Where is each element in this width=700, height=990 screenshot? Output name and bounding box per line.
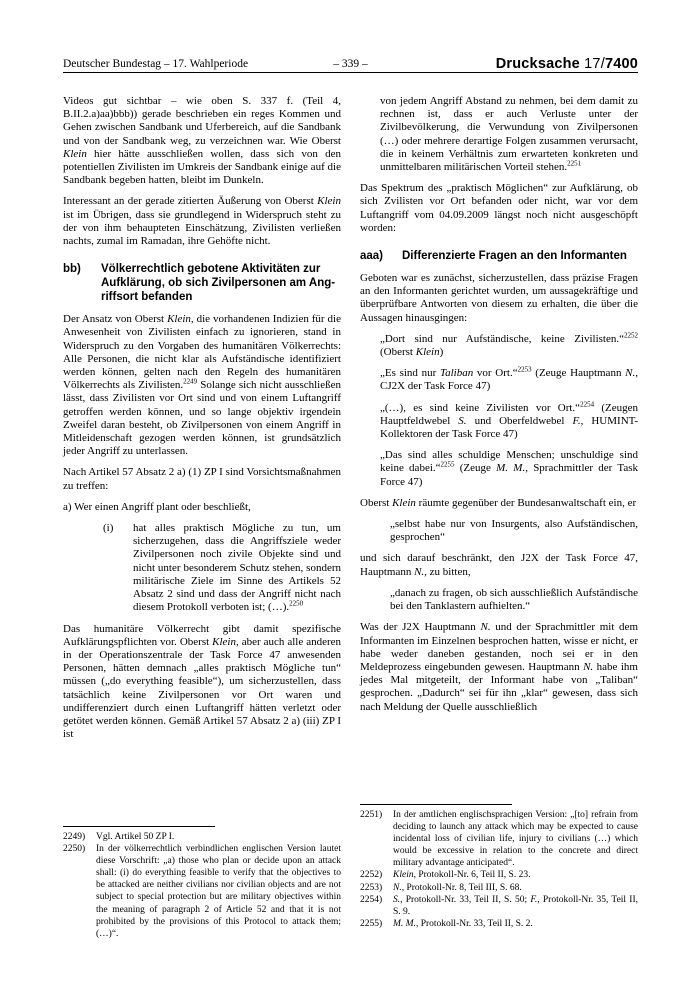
section-heading-label: aaa) [360,249,402,263]
footnote: 2251) In der amtlichen englischsprachige… [360,809,638,869]
list-item-text: hat alles praktisch Mögliche zu tun, um … [133,522,341,614]
paragraph: Was der J2X Hauptmann N. und der Sprachm… [360,621,638,713]
footnote-label: 2255) [360,918,393,930]
footnote: 2254) S., Protokoll-Nr. 33, Teil II, S. … [360,894,638,918]
block-quote: „(…), es sind keine Zivilisten vor Ort.“… [380,402,638,442]
paragraph: Das Spektrum des „praktisch Möglichen“ z… [360,182,638,235]
document-page: Deutscher Bundestag – 17. Wahlperiode – … [0,0,700,990]
block-quote: „Das sind alles schuldige Menschen; unsc… [380,449,638,489]
block-quote: „danach zu fragen, ob sich ausschließlic… [390,587,638,613]
footnote-text: In der amtlichen englischsprachigen Vers… [393,809,638,869]
list-item-label: (i) [103,522,133,614]
footnote-text: S., Protokoll-Nr. 33, Teil II, S. 50; F.… [393,894,638,918]
paragraph: Der Ansatz von Oberst Klein, die vorhand… [63,313,341,458]
section-heading-text: Differenzierte Fragen an den Informanten [402,249,638,263]
footnote-label: 2251) [360,809,393,869]
footnote-label: 2253) [360,882,393,894]
list-item-a: a) Wer einen Angriff plant oder beschlie… [63,501,341,514]
footnote-label: 2252) [360,869,393,881]
paragraph: Das humanitäre Völkerrecht gibt damit sp… [63,623,341,742]
footnote-text: N., Protokoll-Nr. 8, Teil III, S. 68. [393,882,638,894]
footnote-text: M. M., Protokoll-Nr. 33, Teil II, S. 2. [393,918,638,930]
left-column: Videos gut sichtbar – wie oben S. 337 f.… [63,95,341,749]
footnote-text: Vgl. Artikel 50 ZP I. [96,831,341,843]
page-number: – 339 – [333,58,368,70]
footnote-label: 2254) [360,894,393,918]
document-number-value: 7400 [605,56,638,72]
footnote: 2253) N., Protokoll-Nr. 8, Teil III, S. … [360,882,638,894]
block-quote: „Dort sind nur Aufständische, keine Zivi… [380,333,638,359]
footnote: 2255) M. M., Protokoll-Nr. 33, Teil II, … [360,918,638,930]
footnote-rule [360,804,512,805]
paragraph: und sich darauf beschränkt, den J2X der … [360,552,638,578]
block-quote: von jedem Angriff Abstand zu nehmen, bei… [380,95,638,174]
footnote-label: 2249) [63,831,96,843]
header-rule [63,72,638,73]
block-quote: „Es sind nur Taliban vor Ort.“2253 (Zeug… [380,367,638,393]
right-column: von jedem Angriff Abstand zu nehmen, bei… [360,95,638,722]
footnote: 2250) In der völkerrechtlich verbindlich… [63,843,341,940]
document-number: Drucksache 17/7400 [496,56,638,72]
paragraph: Videos gut sichtbar – wie oben S. 337 f.… [63,95,341,187]
footnote-text: Klein, Protokoll-Nr. 6, Teil II, S. 23. [393,869,638,881]
section-heading-aaa: aaa) Differenzierte Fragen an den Inform… [360,249,638,263]
document-number-prefix: 17/ [584,56,605,72]
footnotes-left: 2249) Vgl. Artikel 50 ZP I. 2250) In der… [63,826,341,940]
paragraph: Geboten war es zunächst, sicherzustellen… [360,272,638,325]
list-item-i: (i) hat alles praktisch Mögliche zu tun,… [103,522,341,614]
section-heading-text: Völkerrechtlich gebotene Aktivitäten zur… [101,262,341,304]
header-parliament-label: Deutscher Bundestag – 17. Wahlperiode [63,58,248,70]
paragraph: Oberst Klein räumte gegenüber der Bundes… [360,497,638,510]
footnote: 2249) Vgl. Artikel 50 ZP I. [63,831,341,843]
footnotes-right: 2251) In der amtlichen englischsprachige… [360,804,638,930]
block-quote: „selbst habe nur von Insurgents, also Au… [390,518,638,544]
section-heading-bb: bb) Völkerrechtlich gebotene Aktivitäten… [63,262,341,304]
section-heading-label: bb) [63,262,101,304]
paragraph: Nach Artikel 57 Absatz 2 a) (1) ZP I sin… [63,466,341,492]
paragraph: Interessant an der gerade zitierten Äuße… [63,195,341,248]
footnote: 2252) Klein, Protokoll-Nr. 6, Teil II, S… [360,869,638,881]
page-header: Deutscher Bundestag – 17. Wahlperiode – … [63,54,638,72]
footnote-label: 2250) [63,843,96,940]
footnote-text: In der völkerrechtlich verbindlichen eng… [96,843,341,940]
document-number-label: Drucksache [496,56,580,72]
footnote-rule [63,826,215,827]
